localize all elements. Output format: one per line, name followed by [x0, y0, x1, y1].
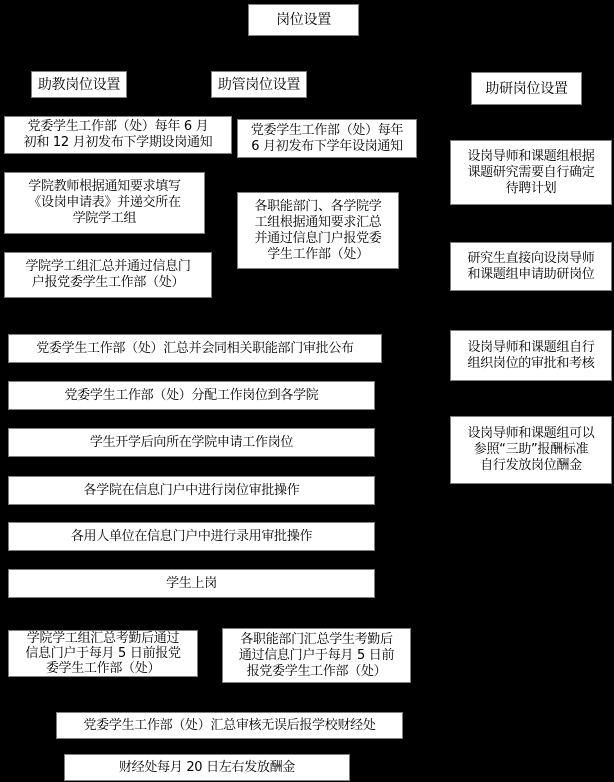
shared-step-6: 学生上岗	[8, 569, 375, 598]
step-text: 财经处每月 20 日左右发放酬金	[119, 760, 295, 776]
step-text: 各学院在信息门户中进行岗位审批操作	[84, 483, 300, 499]
step-text: 党委学生工作部（处）分配工作岗位到各学院	[64, 388, 318, 404]
category-label: 助教岗位设置	[38, 77, 120, 93]
ra-step-4: 设岗导师和课题组可以 参照“三助”报酬标准 自行发放岗位酬金	[450, 416, 612, 484]
attendance-college: 学院学工组汇总考勤后通过 信息门户于每月 5 日前报党 委学生工作部（处）	[8, 630, 198, 677]
category-label: 助研岗位设置	[485, 81, 567, 97]
ma-step-2: 各职能部门、各学院学 工组根据通知要求汇总 并通过信息门户报党委 学生工作部（处…	[237, 192, 399, 269]
ra-step-1: 设岗导师和课题组根据 课题研究需要自行确定 待聘计划	[450, 140, 612, 205]
shared-step-2: 党委学生工作部（处）分配工作岗位到各学院	[8, 381, 375, 410]
final-step-2: 财经处每月 20 日左右发放酬金	[64, 754, 350, 781]
step-text: 党委学生工作部（处）汇总并会同相关职能部门审批公布	[36, 341, 354, 357]
step-text: 设岗导师和课题组根据 课题研究需要自行确定 待聘计划	[467, 149, 594, 197]
step-text: 学院学工组汇总考勤后通过 信息门户于每月 5 日前报党 委学生工作部（处）	[25, 631, 180, 676]
step-text: 各用人单位在信息门户中进行录用审批操作	[71, 529, 312, 545]
ra-step-2: 研究生直接向设岗导师 和课题组申请助研岗位	[450, 242, 612, 291]
step-text: 学院教师根据通知要求填写 《设岗申请表》并递交所在 学院学工组	[28, 179, 180, 227]
step-text: 学生开学后向所在学院申请工作岗位	[90, 435, 293, 451]
shared-step-4: 各学院在信息门户中进行岗位审批操作	[8, 476, 375, 505]
category-label: 助管岗位设置	[218, 77, 300, 93]
ta-step-3: 学院学工组汇总并通过信息门 户报党委学生工作部（处）	[4, 252, 212, 298]
category-research-assistant: 助研岗位设置	[471, 72, 582, 105]
step-text: 党委学生工作部（处）汇总审核无误后报学校财经处	[83, 718, 375, 734]
step-text: 学生上岗	[166, 576, 217, 592]
attendance-departments: 各职能部门汇总学生考勤后 通过信息门户于每月 5 日前 报党委学生工作部（处）	[222, 628, 411, 683]
step-text: 各职能部门汇总学生考勤后 通过信息门户于每月 5 日前 报党委学生工作部（处）	[239, 632, 394, 680]
ta-step-2: 学院教师根据通知要求填写 《设岗申请表》并递交所在 学院学工组	[4, 172, 205, 234]
step-text: 设岗导师和课题组自行 组织岗位的审批和考核	[467, 340, 594, 372]
category-management-assistant: 助管岗位设置	[211, 71, 307, 98]
step-text: 研究生直接向设岗导师 和课题组申请助研岗位	[467, 251, 594, 283]
step-text: 党委学生工作部（处）每年 6 月 初和 12 月初发布下学期设岗通知	[24, 119, 213, 151]
category-teaching-assistant: 助教岗位设置	[31, 71, 127, 98]
shared-step-5: 各用人单位在信息门户中进行录用审批操作	[8, 522, 375, 551]
ma-step-1: 党委学生工作部（处）每年 6 月初发布下学年设岗通知	[237, 119, 417, 158]
step-text: 党委学生工作部（处）每年 6 月初发布下学年设岗通知	[251, 123, 403, 155]
ta-step-1: 党委学生工作部（处）每年 6 月 初和 12 月初发布下学期设岗通知	[4, 116, 232, 154]
ra-step-3: 设岗导师和课题组自行 组织岗位的审批和考核	[450, 330, 612, 381]
shared-step-3: 学生开学后向所在学院申请工作岗位	[8, 428, 375, 457]
final-step-1: 党委学生工作部（处）汇总审核无误后报学校财经处	[56, 712, 403, 739]
flowchart-title-box: 岗位设置	[248, 4, 359, 36]
step-text: 设岗导师和课题组可以 参照“三助”报酬标准 自行发放岗位酬金	[467, 426, 594, 474]
shared-step-1: 党委学生工作部（处）汇总并会同相关职能部门审批公布	[8, 334, 382, 363]
flowchart-title: 岗位设置	[276, 12, 331, 28]
step-text: 学院学工组汇总并通过信息门 户报党委学生工作部（处）	[25, 259, 190, 291]
step-text: 各职能部门、各学院学 工组根据通知要求汇总 并通过信息门户报党委 学生工作部（处…	[254, 199, 381, 263]
